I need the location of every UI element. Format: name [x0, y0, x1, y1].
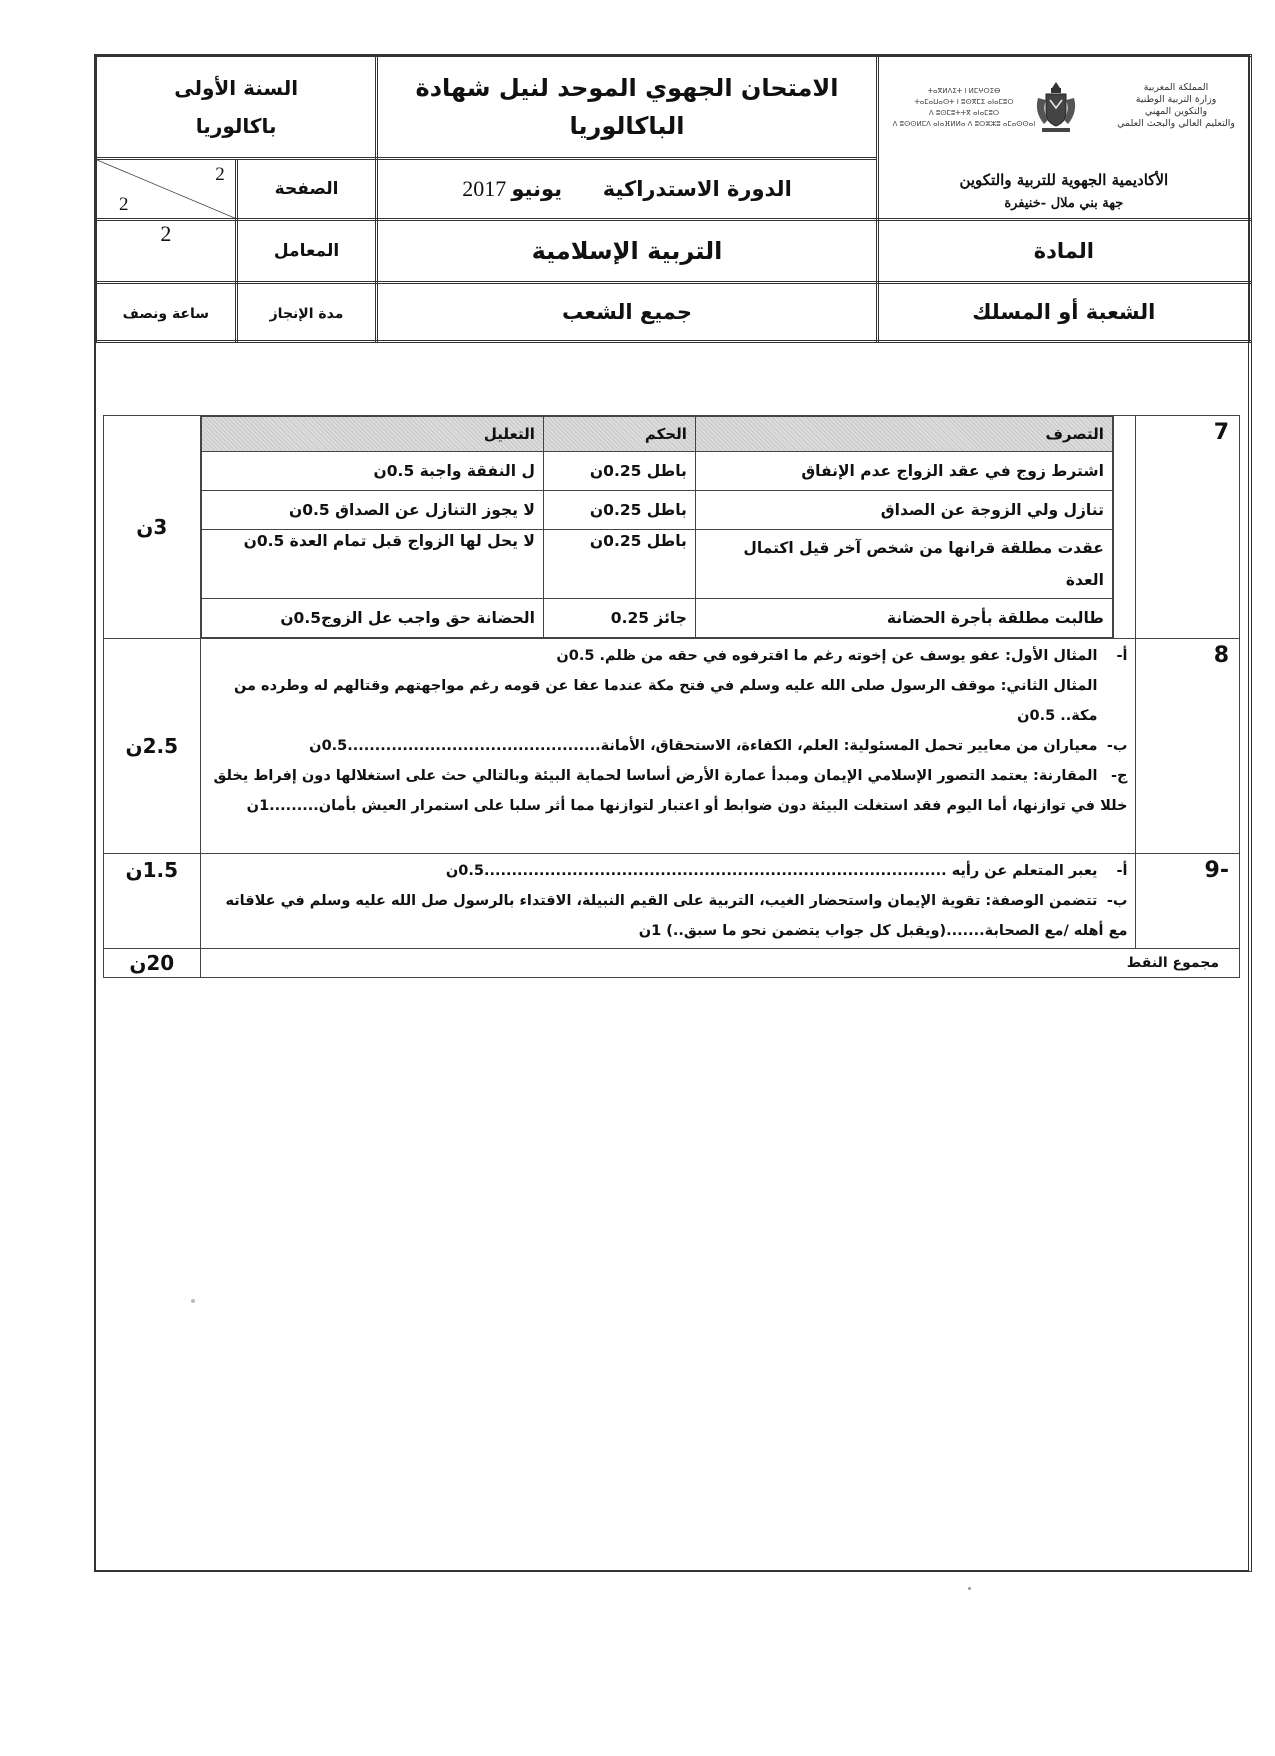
action-cell: عقدت مطلقة قرانها من شخص آخر قيل اكتمال …: [695, 530, 1112, 599]
header-reason: التعليل: [201, 417, 543, 452]
session-label: الدورة الاستدراكية: [603, 177, 792, 201]
stream-label: الشعبة أو المسلك: [972, 300, 1155, 324]
subject-label-cell: المادة: [877, 220, 1250, 283]
session-cell: الدورة الاستدراكية يونيو 2017: [377, 159, 877, 220]
question-score: 2.5ن: [104, 639, 201, 854]
action-cell: اشترط زوج في عقد الزواج عدم الإنفاق: [695, 452, 1112, 491]
scan-speck: [191, 1299, 195, 1303]
duration-value-cell: ساعة ونصف: [96, 283, 237, 342]
exam-header: المملكة المغربية وزارة التربية الوطنية و…: [94, 54, 1252, 343]
answer-marker: أ-: [1097, 856, 1127, 886]
exam-title-line2: الباكالوريا: [378, 107, 875, 145]
page-current: 2: [215, 164, 225, 186]
coefficient-label: المعامل: [274, 241, 339, 261]
action-cell: تنازل ولي الزوجة عن الصداق: [695, 491, 1112, 530]
coefficient-label-cell: المعامل: [236, 220, 377, 283]
ruling-cell: باطل 0.25ن: [543, 491, 695, 530]
level-line1: السنة الأولى: [97, 69, 375, 107]
academy-name: الأكاديمية الجهوية للتربية والتكوين: [879, 168, 1249, 192]
reason-cell: ل النفقة واجبة 0.5ن: [201, 452, 543, 491]
answer-line: أ-يعبر المتعلم عن رأيه .................…: [207, 856, 1128, 886]
question-number: 8: [1136, 639, 1240, 854]
ministry-name-arabic: المملكة المغربية وزارة التربية الوطنية و…: [1117, 82, 1235, 130]
question-row-9: -9 أ-يعبر المتعلم عن رأيه ..............…: [104, 854, 1240, 949]
stream-value: جميع الشعب: [562, 300, 692, 324]
question-7-content: التصرف الحكم التعليل اشترط زوج في عقد ال…: [200, 416, 1113, 639]
reason-cell: الحضانة حق واجب عل الزوج0.5ن: [201, 599, 543, 638]
reason-cell: لا يجوز التنازل عن الصداق 0.5ن: [201, 491, 543, 530]
academy-region: جهة بني ملال -خنيفرة: [879, 192, 1249, 216]
ruling-row: طالبت مطلقة بأجرة الحضانة جائز 0.25 الحض…: [201, 599, 1112, 638]
question-score: 3ن: [104, 416, 201, 639]
question-8-content: أ-المثال الأول: عفو يوسف عن إخوته رغم ما…: [200, 639, 1136, 854]
ruling-cell: جائز 0.25: [543, 599, 695, 638]
question-number: 7: [1136, 416, 1240, 639]
spacer-cell: [1113, 416, 1136, 639]
action-cell: طالبت مطلقة بأجرة الحضانة: [695, 599, 1112, 638]
ruling-table-header: التصرف الحكم التعليل: [201, 417, 1112, 452]
coefficient-value-cell: 2: [96, 220, 237, 283]
ruling-table: التصرف الحكم التعليل اشترط زوج في عقد ال…: [201, 416, 1113, 638]
stream-value-cell: جميع الشعب: [377, 283, 877, 342]
scan-speck: [968, 1587, 971, 1590]
question-score: 1.5ن: [104, 854, 201, 949]
answer-marker: ب-: [1097, 886, 1127, 916]
exam-title-cell: الامتحان الجهوي الموحد لنيل شهادة الباكا…: [377, 56, 877, 159]
ministry-name-tifinagh: ⵜⴰⴳⵍⴷⵉⵜ ⵏ ⵍⵎⵖⵔⵉⴱ ⵜⴰⵎⴰⵡⴰⵙⵜ ⵏ ⵓⵙⴳⵎⵉ ⴰⵏⴰⵎⵓⵔ…: [893, 86, 1036, 130]
ruling-cell: باطل 0.25ن: [543, 530, 695, 599]
subject-value: التربية الإسلامية: [532, 237, 723, 265]
question-number: -9: [1136, 854, 1240, 949]
total-row: مجموع النقط 20ن: [104, 949, 1240, 978]
answer-line: أ-المثال الأول: عفو يوسف عن إخوته رغم ما…: [207, 641, 1128, 671]
header-ruling: الحكم: [543, 417, 695, 452]
subject-value-cell: التربية الإسلامية: [377, 220, 877, 283]
session-month: يونيو: [511, 177, 562, 201]
subject-label: المادة: [1034, 239, 1094, 263]
page-label: الصفحة: [275, 179, 339, 199]
duration-value: ساعة ونصف: [123, 306, 209, 322]
answer-marker: ب-: [1097, 731, 1127, 761]
duration-label-cell: مدة الإنجاز: [236, 283, 377, 342]
session-year: 2017: [462, 176, 506, 201]
total-score: 20ن: [104, 949, 201, 978]
diagonal-divider: [97, 160, 235, 218]
moroccan-emblem-icon: [1034, 80, 1078, 136]
question-row-7: 7 التصرف الحكم التعليل اشترط زوج في عقد …: [104, 416, 1240, 639]
answer-marker: أ-: [1097, 641, 1127, 671]
reason-cell: لا يحل لها الزواج قبل تمام العدة 0.5ن: [201, 530, 543, 599]
coefficient-value: 2: [160, 221, 171, 246]
ruling-row: اشترط زوج في عقد الزواج عدم الإنفاق باطل…: [201, 452, 1112, 491]
page-total: 2: [119, 194, 129, 216]
logo-block: المملكة المغربية وزارة التربية الوطنية و…: [877, 56, 1250, 220]
stream-label-cell: الشعبة أو المسلك: [877, 283, 1250, 342]
exam-title-line1: الامتحان الجهوي الموحد لنيل شهادة: [378, 69, 875, 107]
answer-line: ب-معياران من معايير تحمل المسئولية: العل…: [207, 731, 1128, 761]
question-row-8: 8 أ-المثال الأول: عفو يوسف عن إخوته رغم …: [104, 639, 1240, 854]
page-label-cell: الصفحة: [236, 159, 377, 220]
ruling-cell: باطل 0.25ن: [543, 452, 695, 491]
answer-line: ب-تتضمن الوصفة: تقوية الإيمان واستحضار ا…: [207, 886, 1128, 946]
answer-key-table: 7 التصرف الحكم التعليل اشترط زوج في عقد …: [103, 415, 1240, 978]
total-label: مجموع النقط: [200, 949, 1239, 978]
header-action: التصرف: [695, 417, 1112, 452]
answer-line: ج-المقارنة: يعتمد التصور الإسلامي الإيما…: [207, 761, 1128, 821]
answer-marker: ج-: [1097, 761, 1127, 791]
level-line2: باكالوريا: [97, 107, 375, 145]
question-9-content: أ-يعبر المتعلم عن رأيه .................…: [200, 854, 1136, 949]
answer-line: المثال الثاني: موقف الرسول صلى الله عليه…: [207, 671, 1128, 731]
duration-label: مدة الإنجاز: [270, 306, 344, 322]
ruling-row: عقدت مطلقة قرانها من شخص آخر قيل اكتمال …: [201, 530, 1112, 599]
level-cell: السنة الأولى باكالوريا: [96, 56, 377, 159]
page-number-cell: 2 2: [96, 159, 237, 220]
ruling-row: تنازل ولي الزوجة عن الصداق باطل 0.25ن لا…: [201, 491, 1112, 530]
